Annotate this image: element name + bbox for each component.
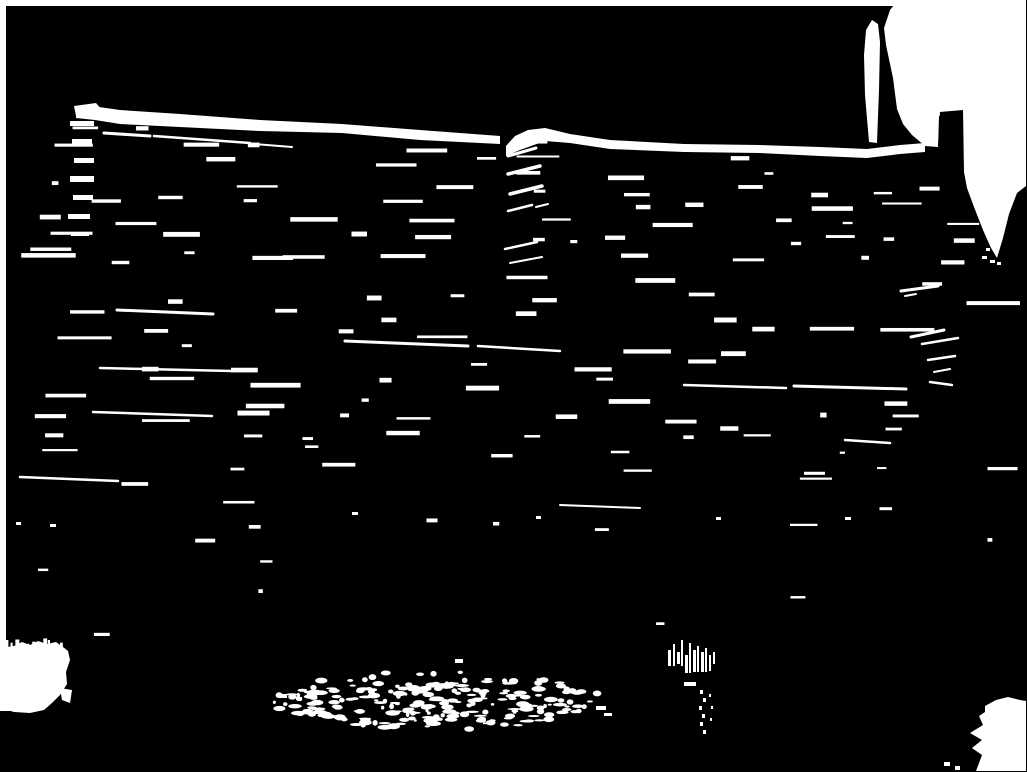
left-stack-ridge	[74, 103, 500, 144]
binary-image-canvas	[0, 0, 1027, 772]
bottom-right-blob	[944, 697, 1026, 771]
grass-tuft	[668, 640, 715, 734]
left-edge-course-dashes	[68, 121, 94, 236]
bottom-left-blob	[0, 638, 72, 713]
pole-silhouette	[938, 112, 963, 180]
brick-course-texture	[21, 126, 1020, 636]
center-rubble-patch	[273, 659, 612, 732]
gap-diagonal-streaks	[505, 148, 548, 263]
long-streaks	[20, 133, 952, 508]
right-stack-ridge	[506, 128, 925, 158]
binarized-photo	[0, 0, 1027, 772]
